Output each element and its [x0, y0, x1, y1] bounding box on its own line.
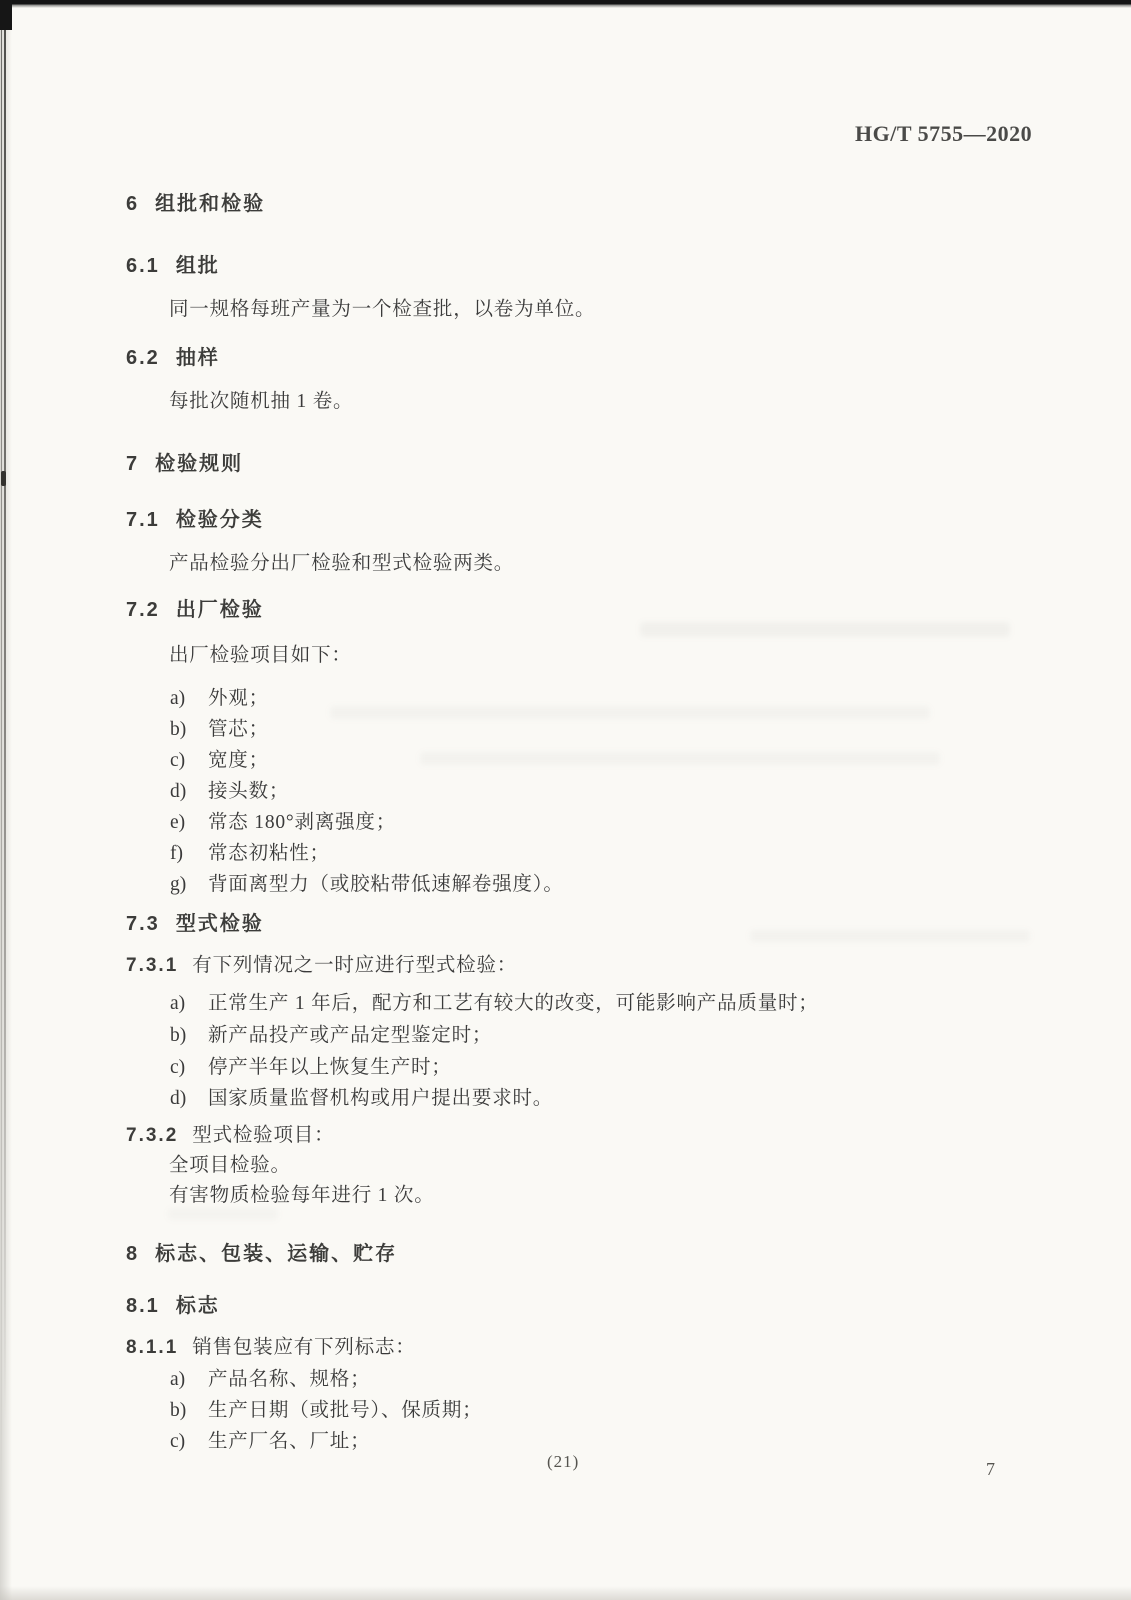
- list-item: e)常态 180°剥离强度；: [170, 812, 396, 834]
- footer-sheet-number: (21): [547, 1452, 579, 1472]
- list-item-text: 管芯；: [208, 719, 269, 740]
- list-marker: d): [170, 1088, 208, 1110]
- scanned-standard-page: HG/T 5755—2020 6组批和检验 6.1组批 同一规格每班产量为一个检…: [0, 0, 1131, 1600]
- section-number: 7: [126, 453, 139, 475]
- clause-6-1-heading: 6.1组批: [126, 255, 220, 278]
- clause-title: 型式检验: [176, 913, 264, 935]
- list-marker: a): [170, 993, 208, 1015]
- clause-number: 8.1.1: [126, 1337, 178, 1358]
- bleedthrough-smudge: [750, 930, 1030, 942]
- list-item: a)外观；: [170, 688, 269, 710]
- scan-edge-left-line: [4, 0, 6, 1420]
- clause-6-2-heading: 6.2抽样: [126, 347, 220, 370]
- list-item: c)停产半年以上恢复生产时；: [170, 1057, 452, 1079]
- list-marker: a): [170, 1369, 208, 1391]
- clause-8-1-heading: 8.1标志: [126, 1295, 220, 1318]
- list-marker: f): [170, 843, 208, 865]
- bleedthrough-smudge: [330, 706, 930, 719]
- clause-7-3-heading: 7.3型式检验: [126, 913, 264, 936]
- bleedthrough-smudge: [420, 752, 940, 765]
- clause-text: 型式检验项目：: [192, 1125, 334, 1146]
- list-marker: e): [170, 812, 208, 834]
- list-marker: b): [170, 719, 208, 741]
- section-title: 检验规则: [155, 453, 243, 475]
- clause-title: 标志: [176, 1295, 220, 1317]
- clause-number: 7.3.1: [126, 955, 178, 976]
- paragraph: 产品检验分出厂检验和型式检验两类。: [169, 553, 514, 575]
- section-title: 组批和检验: [155, 193, 265, 215]
- list-item: a)产品名称、规格；: [170, 1369, 370, 1391]
- scan-speck: [1, 471, 6, 486]
- list-marker: c): [170, 1431, 208, 1453]
- list-marker: a): [170, 688, 208, 710]
- list-item-text: 接头数；: [208, 781, 289, 802]
- clause-number: 8.1: [126, 1295, 160, 1317]
- clause-title: 组批: [176, 255, 220, 277]
- clause-number: 7.3: [126, 913, 160, 935]
- list-item: b)管芯；: [170, 719, 269, 741]
- clause-7-2-heading: 7.2出厂检验: [126, 599, 264, 622]
- list-item: a)正常生产 1 年后，配方和工艺有较大的改变，可能影响产品质量时；: [170, 993, 819, 1015]
- clause-number: 7.3.2: [126, 1125, 178, 1146]
- paragraph: 每批次随机抽 1 卷。: [169, 391, 353, 413]
- clause-8-1-1: 8.1.1销售包装应有下列标志：: [126, 1337, 416, 1359]
- list-marker: d): [170, 781, 208, 803]
- list-item: b)生产日期（或批号）、保质期；: [170, 1400, 482, 1422]
- scan-edge-left-line: [1, 0, 2, 1500]
- clause-title: 出厂检验: [176, 599, 264, 621]
- paragraph: 出厂检验项目如下：: [169, 645, 352, 667]
- clause-text: 销售包装应有下列标志：: [192, 1337, 415, 1358]
- scan-corner-blob: [0, 0, 12, 30]
- list-item-text: 宽度；: [208, 750, 269, 771]
- scan-edge-top: [0, 0, 1131, 8]
- list-item-text: 国家质量监督机构或用户提出要求时。: [208, 1088, 553, 1109]
- list-marker: c): [170, 750, 208, 772]
- clause-number: 7.1: [126, 509, 160, 531]
- list-marker: g): [170, 874, 208, 896]
- clause-7-3-2: 7.3.2型式检验项目：: [126, 1125, 334, 1147]
- list-item-text: 常态初粘性；: [208, 843, 330, 864]
- clause-text: 有下列情况之一时应进行型式检验：: [192, 955, 517, 976]
- list-item-text: 产品名称、规格；: [208, 1369, 370, 1390]
- section-6-heading: 6组批和检验: [126, 193, 265, 216]
- section-7-heading: 7检验规则: [126, 453, 243, 476]
- list-item: d)国家质量监督机构或用户提出要求时。: [170, 1088, 553, 1110]
- section-8-heading: 8标志、包装、运输、贮存: [126, 1243, 397, 1266]
- footer-page-number: 7: [986, 1459, 995, 1480]
- clause-title: 抽样: [176, 347, 220, 369]
- section-title: 标志、包装、运输、贮存: [155, 1243, 397, 1265]
- list-item: c)生产厂名、厂址；: [170, 1431, 370, 1453]
- list-item: f)常态初粘性；: [170, 843, 330, 865]
- paragraph: 全项目检验。: [169, 1155, 291, 1177]
- list-item-text: 外观；: [208, 688, 269, 709]
- section-number: 8: [126, 1243, 139, 1265]
- clause-number: 7.2: [126, 599, 160, 621]
- list-item-text: 停产半年以上恢复生产时；: [208, 1057, 452, 1078]
- list-marker: b): [170, 1025, 208, 1047]
- list-item-text: 新产品投产或产品定型鉴定时；: [208, 1025, 492, 1046]
- paragraph: 同一规格每班产量为一个检查批，以卷为单位。: [169, 299, 595, 321]
- list-item: d)接头数；: [170, 781, 289, 803]
- list-item: c)宽度；: [170, 750, 269, 772]
- bleedthrough-smudge: [640, 622, 1010, 637]
- section-number: 6: [126, 193, 139, 215]
- scan-edge-bottom: [0, 1586, 1131, 1600]
- clause-7-3-1: 7.3.1有下列情况之一时应进行型式检验：: [126, 955, 517, 977]
- bleedthrough-smudge: [168, 1208, 278, 1220]
- clause-number: 6.1: [126, 255, 160, 277]
- list-item-text: 背面离型力（或胶粘带低速解卷强度）。: [208, 874, 564, 895]
- list-item-text: 正常生产 1 年后，配方和工艺有较大的改变，可能影响产品质量时；: [208, 993, 819, 1014]
- clause-7-1-heading: 7.1检验分类: [126, 509, 264, 532]
- list-item-text: 生产日期（或批号）、保质期；: [208, 1400, 482, 1421]
- clause-title: 检验分类: [176, 509, 264, 531]
- standard-number-header: HG/T 5755—2020: [855, 121, 1032, 147]
- paragraph: 有害物质检验每年进行 1 次。: [169, 1185, 435, 1207]
- list-item-text: 常态 180°剥离强度；: [208, 812, 396, 833]
- list-item: b)新产品投产或产品定型鉴定时；: [170, 1025, 492, 1047]
- clause-number: 6.2: [126, 347, 160, 369]
- list-item: g)背面离型力（或胶粘带低速解卷强度）。: [170, 874, 564, 896]
- list-item-text: 生产厂名、厂址；: [208, 1431, 370, 1452]
- list-marker: b): [170, 1400, 208, 1422]
- list-marker: c): [170, 1057, 208, 1079]
